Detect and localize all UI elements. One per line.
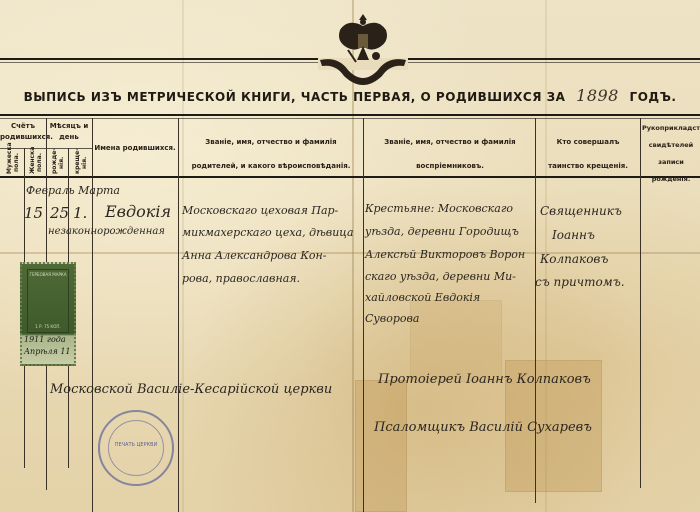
seal-ring: [108, 420, 164, 476]
column-divider: [535, 118, 536, 503]
table-top-rule: [0, 118, 700, 119]
title-text: ВЫПИСЬ ИЗЪ МЕТРИЧЕСКОЙ КНИГИ, ЧАСТЬ ПЕРВ…: [24, 90, 566, 104]
entry-months: Февраль Марта: [26, 184, 120, 197]
year-handwritten: 1898: [576, 86, 619, 105]
footer-signature-psalmist: Псаломщикъ Василій Сухаревъ: [374, 420, 592, 435]
header-count-female: Женска пола.: [29, 152, 43, 174]
church-seal: ПЕЧАТЬ ЦЕРКВИ: [98, 410, 174, 486]
entry-godparents-line: скаго уѣзда, деревни Ми-: [365, 270, 516, 283]
header-signatures: Рукоприкладство свидѣтелей записи рожден…: [642, 120, 700, 188]
entry-name: Евдокія: [105, 202, 171, 221]
header-godparents: Званіе, имя, отчество и фамилія воспріем…: [370, 130, 530, 178]
entry-parents-line: Анна Александрова Кон-: [182, 249, 326, 262]
table-top-rule: [0, 114, 700, 116]
document-title: ВЫПИСЬ ИЗЪ МЕТРИЧЕСКОЙ КНИГИ, ЧАСТЬ ПЕРВ…: [0, 86, 700, 105]
header-count-group: Счётъ родившихся.: [0, 121, 46, 143]
entry-godparents-line: уѣзда, деревни Городищъ: [365, 225, 519, 238]
header-date-baptism: креще-нія.: [74, 152, 88, 174]
entry-name-note: незаконнорожденная: [48, 226, 165, 237]
seal-text: ПЕЧАТЬ ЦЕРКВИ: [100, 442, 172, 448]
entry-godparents-line: хайловской Евдокія: [365, 291, 480, 304]
header-names: Имена родившихся.: [94, 142, 176, 155]
column-divider: [640, 118, 641, 488]
header-count-male: Мужеска пола.: [6, 152, 20, 174]
double-headed-eagle-icon: [318, 8, 408, 90]
stamp-annotation: 1911 года Апрѣля 11: [24, 334, 72, 358]
entry-priest-line: Священникъ: [540, 204, 622, 218]
column-divider: [363, 118, 364, 512]
entry-godparents-line: Крестьяне: Московскаго: [365, 202, 513, 215]
document-page: ВЫПИСЬ ИЗЪ МЕТРИЧЕСКОЙ КНИГИ, ЧАСТЬ ПЕРВ…: [0, 0, 700, 512]
entry-priest-line: Колпаковъ: [540, 252, 608, 266]
entry-baptism-day: 1.: [73, 204, 87, 222]
header-priest: Кто совершалъ таинство крещенія.: [538, 130, 638, 178]
header-parents: Званіе, имя, отчество и фамилія родителе…: [185, 130, 357, 178]
footer-signature-archpriest: Протоіерей Іоаннъ Колпаковъ: [378, 372, 591, 387]
repair-tape: [410, 300, 502, 382]
stamp-value: 1 Р. 75 КОП.: [22, 324, 74, 329]
entry-birth-day: 25: [50, 204, 69, 222]
column-divider: [92, 118, 93, 512]
entry-female-number: 15: [24, 204, 43, 222]
entry-godparents-line: Алексѣй Викторовъ Ворон: [365, 248, 525, 261]
footer-church-line: Московской Василіе-Кесарійской церкви: [50, 382, 332, 397]
title-suffix: ГОДЪ.: [630, 90, 677, 104]
header-date-group: Мѣсяцъ и день: [46, 121, 92, 143]
entry-priest-line: съ причтомъ.: [535, 275, 625, 289]
entry-godparents-line: Суворова: [365, 312, 419, 325]
entry-parents-line: микмахерскаго цеха, дѣвица: [182, 226, 354, 239]
entry-priest-line: Іоаннъ: [552, 228, 595, 242]
header-date-birth: рожде-нія.: [51, 152, 65, 174]
revenue-stamp: ГЕРБОВАЯ МАРКА 1 Р. 75 КОП. 1911 года Ап…: [20, 262, 76, 366]
stamp-label: ГЕРБОВАЯ МАРКА: [22, 272, 74, 277]
column-divider: [178, 118, 179, 512]
entry-parents-line: Московскаго цеховая Пар-: [182, 204, 338, 217]
entry-parents-line: рова, православная.: [182, 272, 300, 285]
